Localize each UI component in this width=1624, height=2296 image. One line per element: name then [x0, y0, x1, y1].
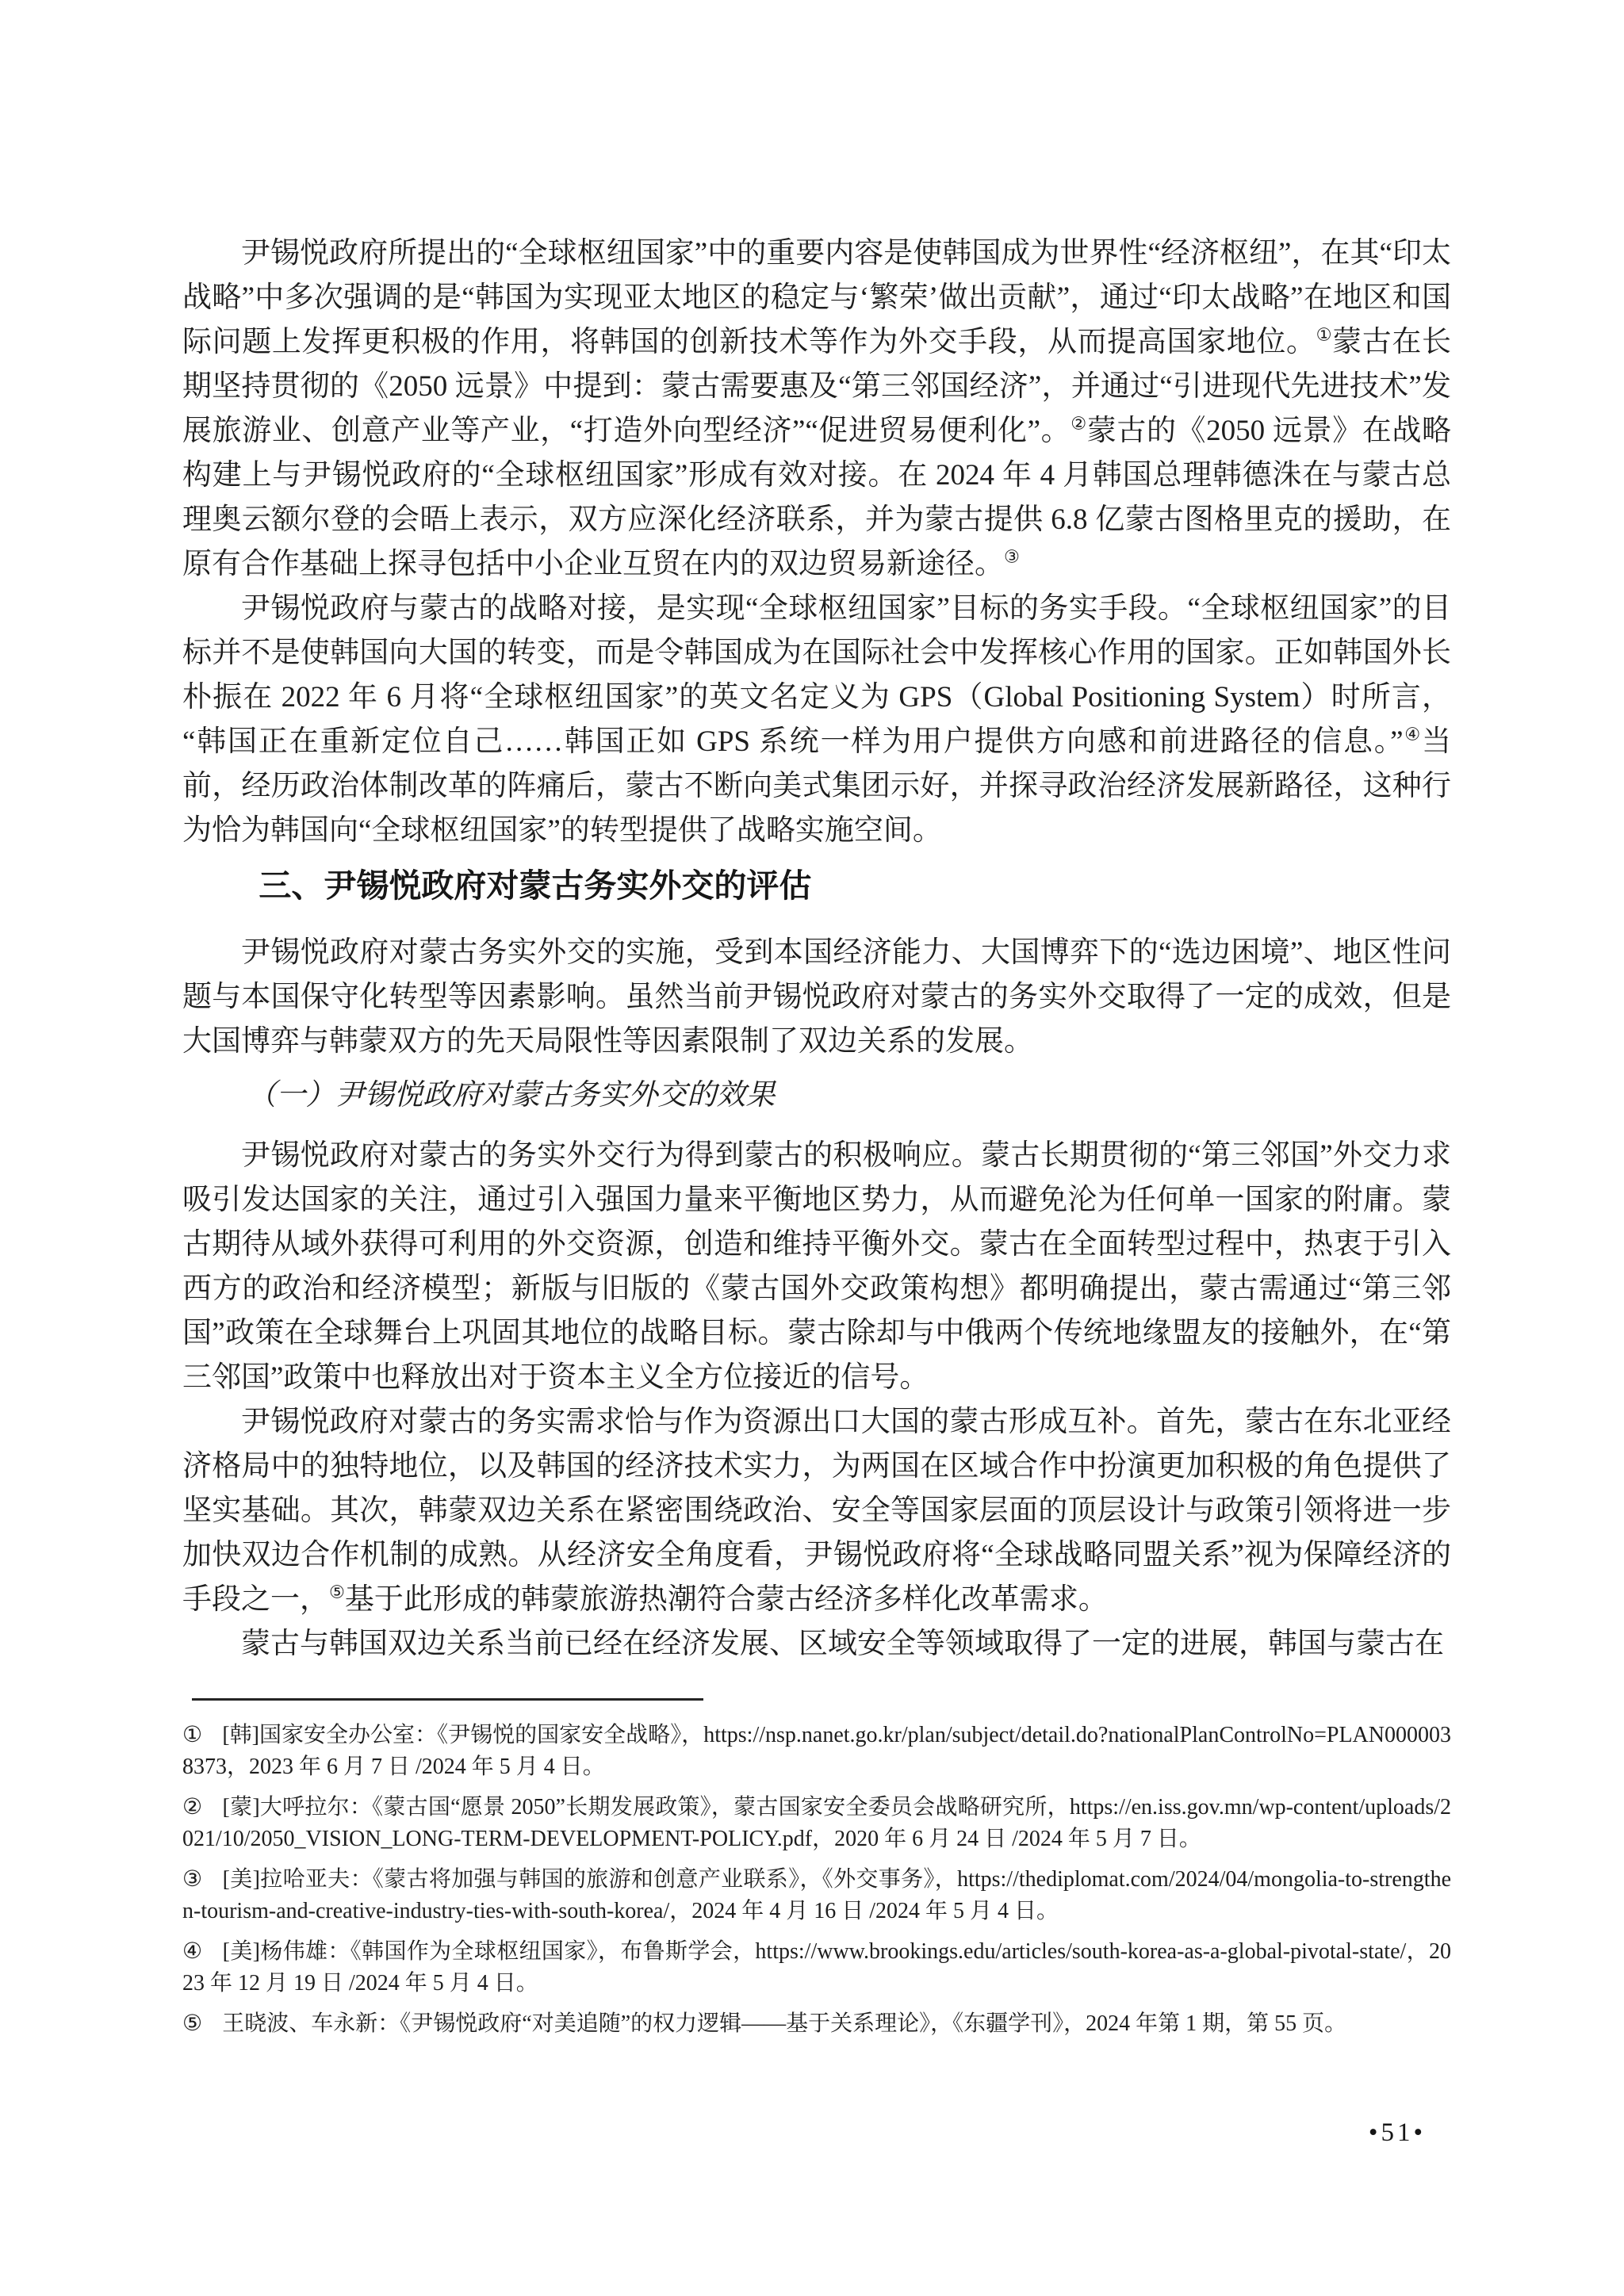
footnote-1-marker: ① — [182, 1723, 202, 1747]
footnote-5: ⑤王晓波、车永新：《尹锡悦政府“对美追随”的权力逻辑——基于关系理论》，《东疆学… — [182, 2008, 1451, 2040]
footnote-separator-rule — [192, 1698, 703, 1701]
footnote-ref: ② — [1071, 414, 1087, 434]
footnote-2-marker: ② — [182, 1795, 202, 1820]
subsection-heading: （一）尹锡悦政府对蒙古务实外交的效果 — [182, 1073, 1451, 1118]
footnote-1-text: [韩]国家安全办公室：《尹锡悦的国家安全战略》，https://nsp.nane… — [182, 1723, 1451, 1779]
footnote-ref: ⑤ — [329, 1582, 345, 1602]
body-paragraph-1: 尹锡悦政府所提出的“全球枢纽国家”中的重要内容是使韩国成为世界性“经济枢纽”，在… — [182, 232, 1451, 587]
footnote-3: ③[美]拉哈亚夫：《蒙古将加强与韩国的旅游和创意产业联系》，《外交事务》，htt… — [182, 1864, 1451, 1927]
footnote-5-text: 王晓波、车永新：《尹锡悦政府“对美追随”的权力逻辑——基于关系理论》，《东疆学刊… — [222, 2011, 1346, 2036]
page-text-block: 尹锡悦政府所提出的“全球枢纽国家”中的重要内容是使韩国成为世界性“经济枢纽”，在… — [182, 232, 1451, 2049]
footnote-3-text: [美]拉哈亚夫：《蒙古将加强与韩国的旅游和创意产业联系》，《外交事务》，http… — [182, 1867, 1451, 1923]
body-paragraph-6: 蒙古与韩国双边关系当前已经在经济发展、区域安全等领域取得了一定的进展，韩国与蒙古… — [182, 1622, 1451, 1667]
footnote-ref: ③ — [1004, 547, 1020, 567]
footnote-ref: ④ — [1404, 725, 1422, 744]
footnote-ref: ① — [1316, 325, 1333, 345]
page-number: •51• — [1369, 2118, 1426, 2148]
footnotes-section: ①[韩]国家安全办公室：《尹锡悦的国家安全战略》，https://nsp.nan… — [182, 1698, 1451, 2040]
body-paragraph-5: 尹锡悦政府对蒙古的务实需求恰与作为资源出口大国的蒙古形成互补。首先，蒙古在东北亚… — [182, 1400, 1451, 1622]
footnote-4: ④[美]杨伟雄：《韩国作为全球枢纽国家》，布鲁斯学会，https://www.b… — [182, 1936, 1451, 1999]
footnote-5-marker: ⑤ — [182, 2011, 202, 2036]
body-paragraph-2: 尹锡悦政府与蒙古的战略对接，是实现“全球枢纽国家”目标的务实手段。“全球枢纽国家… — [182, 587, 1451, 853]
section-heading: 三、尹锡悦政府对蒙古务实外交的评估 — [182, 861, 1451, 910]
body-paragraph-4: 尹锡悦政府对蒙古的务实外交行为得到蒙古的积极响应。蒙古长期贯彻的“第三邻国”外交… — [182, 1134, 1451, 1400]
footnote-1: ①[韩]国家安全办公室：《尹锡悦的国家安全战略》，https://nsp.nan… — [182, 1720, 1451, 1783]
footnote-4-marker: ④ — [182, 1939, 202, 1964]
footnote-4-text: [美]杨伟雄：《韩国作为全球枢纽国家》，布鲁斯学会，https://www.br… — [182, 1939, 1451, 1996]
footnote-3-marker: ③ — [182, 1867, 202, 1892]
footnote-2-text: [蒙]大呼拉尔：《蒙古国“愿景 2050”长期发展政策》，蒙古国家安全委员会战略… — [182, 1795, 1451, 1851]
document-page: { "page": { "background_color": "#ffffff… — [0, 0, 1624, 2296]
footnote-2: ②[蒙]大呼拉尔：《蒙古国“愿景 2050”长期发展政策》，蒙古国家安全委员会战… — [182, 1792, 1451, 1855]
body-paragraph-3: 尹锡悦政府对蒙古务实外交的实施，受到本国经济能力、大国博弈下的“选边困境”、地区… — [182, 931, 1451, 1064]
